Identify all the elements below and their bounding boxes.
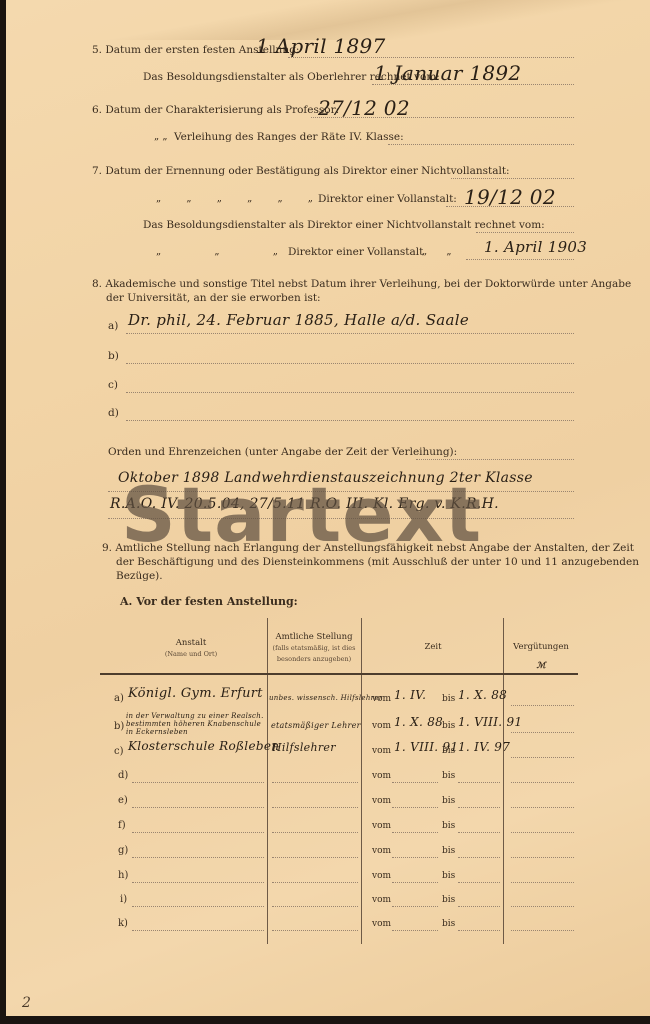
- section8-item-c-line: [126, 391, 574, 393]
- header-anstalt-sub: (Name und Ort): [126, 649, 256, 660]
- section7-vollanstalt-value: 19/12 02: [464, 185, 556, 209]
- row-e-bis-label: bis: [442, 796, 455, 806]
- section7-besoldung-voll-label: Direktor einer Vollanstalt: [288, 246, 423, 258]
- row-c-letter: c): [114, 746, 124, 757]
- row-c-verguetung-line: [511, 756, 574, 758]
- row-h-verguetung-line: [511, 881, 574, 883]
- row-g-anstalt-line: [132, 856, 264, 858]
- row-h-letter: h): [118, 870, 128, 881]
- watermark: Startext: [121, 470, 482, 559]
- section7-besoldung-voll-value: 1. April 1903: [484, 238, 587, 256]
- row-d-vom-line: [392, 781, 438, 783]
- row-g-vom-line: [392, 856, 438, 858]
- row-g-vom-label: vom: [372, 846, 391, 856]
- section6-value: 27/12 02: [318, 96, 410, 120]
- section8-label-line2: der Universität, an der sie erworben ist…: [106, 292, 321, 304]
- row-h-vom-label: vom: [372, 871, 391, 881]
- section8-item-b-line: [126, 362, 574, 364]
- section8-item-d-letter: d): [108, 407, 119, 419]
- row-k-anstalt-line: [132, 929, 264, 931]
- section5-sub-value: 1 Januar 1892: [374, 61, 521, 85]
- row-g-verguetung-line: [511, 856, 574, 858]
- section7-besoldung-voll-ditto2: „ „: [422, 246, 452, 257]
- row-f-bis-line: [458, 831, 500, 833]
- header-stellung: Amtliche Stellung (falls etatsmäßig, ist…: [270, 632, 358, 665]
- row-k-bis-label: bis: [442, 919, 455, 929]
- row-g-letter: g): [118, 845, 128, 856]
- row-h-stellung-line: [272, 881, 358, 883]
- row-g-bis-label: bis: [442, 846, 455, 856]
- row-g-stellung-line: [272, 856, 358, 858]
- row-a-vom-value: 1. IV.: [394, 688, 426, 702]
- row-i-bis-label: bis: [442, 895, 455, 905]
- section9-label-line3: Bezüge).: [116, 570, 163, 582]
- page-number: 2: [22, 995, 31, 1011]
- section5-value: 1 April 1897: [256, 34, 386, 58]
- row-f-vom-label: vom: [372, 821, 391, 831]
- row-a-vom-label: vom: [372, 694, 391, 704]
- section8-item-c-letter: c): [108, 379, 118, 391]
- row-c-bis-label: bis: [442, 746, 455, 756]
- row-b-bis-label: bis: [442, 721, 455, 731]
- row-d-bis-line: [458, 781, 500, 783]
- row-i-anstalt-line: [132, 905, 264, 907]
- row-e-stellung-line: [272, 806, 358, 808]
- row-i-bis-line: [458, 905, 500, 907]
- row-h-bis-label: bis: [442, 871, 455, 881]
- section7-ditto-row: „ „ „ „ „ „: [156, 193, 313, 204]
- table-header-rule: [100, 673, 578, 675]
- table-divider-1: [267, 618, 268, 944]
- row-f-anstalt-line: [132, 831, 264, 833]
- section7-besoldung-voll-fill-line: [466, 258, 574, 260]
- header-stellung-sub: (falls etatsmäßig, ist dies besonders an…: [270, 643, 358, 665]
- row-i-vom-label: vom: [372, 895, 391, 905]
- section7-label: 7. Datum der Ernennung oder Bestätigung …: [92, 165, 510, 177]
- section8-item-a-letter: a): [108, 320, 118, 332]
- section8-label-line1: 8. Akademische und sonstige Titel nebst …: [92, 278, 631, 290]
- row-d-anstalt-line: [132, 781, 264, 783]
- row-b-anstalt-note: in der Verwaltung zu einer Realsch. best…: [126, 712, 266, 736]
- row-h-vom-line: [392, 881, 438, 883]
- section6-sub-fill-line: [388, 143, 574, 145]
- header-verguetungen: Vergütungen: [506, 642, 576, 653]
- row-k-vom-label: vom: [372, 919, 391, 929]
- row-b-stellung: etatsmäßiger Lehrer: [271, 722, 361, 730]
- row-a-bis-label: bis: [442, 694, 455, 704]
- row-g-bis-line: [458, 856, 500, 858]
- row-k-verguetung-line: [511, 929, 574, 931]
- header-anstalt-label: Anstalt: [176, 638, 207, 648]
- row-k-stellung-line: [272, 929, 358, 931]
- row-e-verguetung-line: [511, 806, 574, 808]
- row-a-stellung: unbes. wissensch. Hilfslehrer: [269, 694, 382, 702]
- row-e-vom-line: [392, 806, 438, 808]
- row-i-stellung-line: [272, 905, 358, 907]
- header-stellung-label: Amtliche Stellung: [275, 632, 352, 642]
- row-a-bis-value: 1. X. 88: [458, 688, 507, 702]
- header-currency-unit: ℳ: [506, 661, 576, 672]
- section7-besoldung-label: Das Besoldungsdienstalter als Direktor e…: [143, 219, 545, 231]
- row-a-anstalt: Königl. Gym. Erfurt: [128, 686, 263, 701]
- section8-item-b-letter: b): [108, 350, 119, 362]
- section8-item-a-value: Dr. phil, 24. Februar 1885, Halle a/d. S…: [128, 311, 469, 329]
- row-h-anstalt-line: [132, 881, 264, 883]
- row-e-anstalt-line: [132, 806, 264, 808]
- row-e-bis-line: [458, 806, 500, 808]
- orden-label: Orden und Ehrenzeichen (unter Angabe der…: [108, 446, 457, 458]
- row-e-vom-label: vom: [372, 796, 391, 806]
- row-h-bis-line: [458, 881, 500, 883]
- orden-fill-line: [416, 458, 574, 460]
- row-b-bis-value: 1. VIII. 91: [458, 715, 522, 729]
- row-f-verguetung-line: [511, 831, 574, 833]
- table-divider-3: [503, 618, 504, 944]
- row-k-bis-line: [458, 929, 500, 931]
- row-f-vom-line: [392, 831, 438, 833]
- row-b-vom-value: 1. X. 88: [394, 715, 443, 729]
- row-d-verguetung-line: [511, 781, 574, 783]
- section8-item-a-line: [126, 332, 574, 334]
- header-zeit: Zeit: [364, 642, 502, 653]
- subsection-title: A. Vor der festen Anstellung:: [120, 595, 298, 608]
- row-c-stellung: Hilfslehrer: [272, 741, 336, 754]
- row-i-letter: i): [120, 894, 127, 905]
- row-c-bis-value: 1. IV. 97: [458, 740, 510, 754]
- row-c-anstalt: Klosterschule Roßleben: [128, 739, 279, 753]
- section6-label: 6. Datum der Charakterisierung als Profe…: [92, 104, 339, 116]
- section6-sub-label: Verleihung des Ranges der Räte IV. Klass…: [174, 131, 404, 143]
- section6-ditto: „ „: [154, 131, 168, 142]
- row-k-vom-line: [392, 929, 438, 931]
- row-f-bis-label: bis: [442, 821, 455, 831]
- row-k-letter: k): [118, 918, 128, 929]
- section7-fill-line: [451, 177, 574, 179]
- section7-besoldung-voll-ditto: „ „ „: [156, 246, 278, 257]
- row-d-vom-label: vom: [372, 771, 391, 781]
- row-b-letter: b): [114, 721, 124, 732]
- row-f-letter: f): [118, 820, 126, 831]
- header-anstalt: Anstalt (Name und Ort): [126, 638, 256, 660]
- row-i-vom-line: [392, 905, 438, 907]
- row-e-letter: e): [118, 795, 128, 806]
- row-a-letter: a): [114, 693, 124, 704]
- row-b-verguetung-line: [511, 731, 574, 733]
- section7-vollanstalt-label: Direktor einer Vollanstalt:: [318, 193, 457, 205]
- table-divider-2: [361, 618, 362, 944]
- row-i-verguetung-line: [511, 905, 574, 907]
- row-f-stellung-line: [272, 831, 358, 833]
- document-page: 5. Datum der ersten festen Anstellung: 1…: [6, 0, 650, 1016]
- row-a-verguetung-line: [511, 704, 574, 706]
- row-b-vom-label: vom: [372, 721, 391, 731]
- row-d-letter: d): [118, 770, 128, 781]
- row-c-vom-label: vom: [372, 746, 391, 756]
- section7-besoldung-fill-line: [476, 231, 574, 233]
- row-d-bis-label: bis: [442, 771, 455, 781]
- row-d-stellung-line: [272, 781, 358, 783]
- section8-item-d-line: [126, 419, 574, 421]
